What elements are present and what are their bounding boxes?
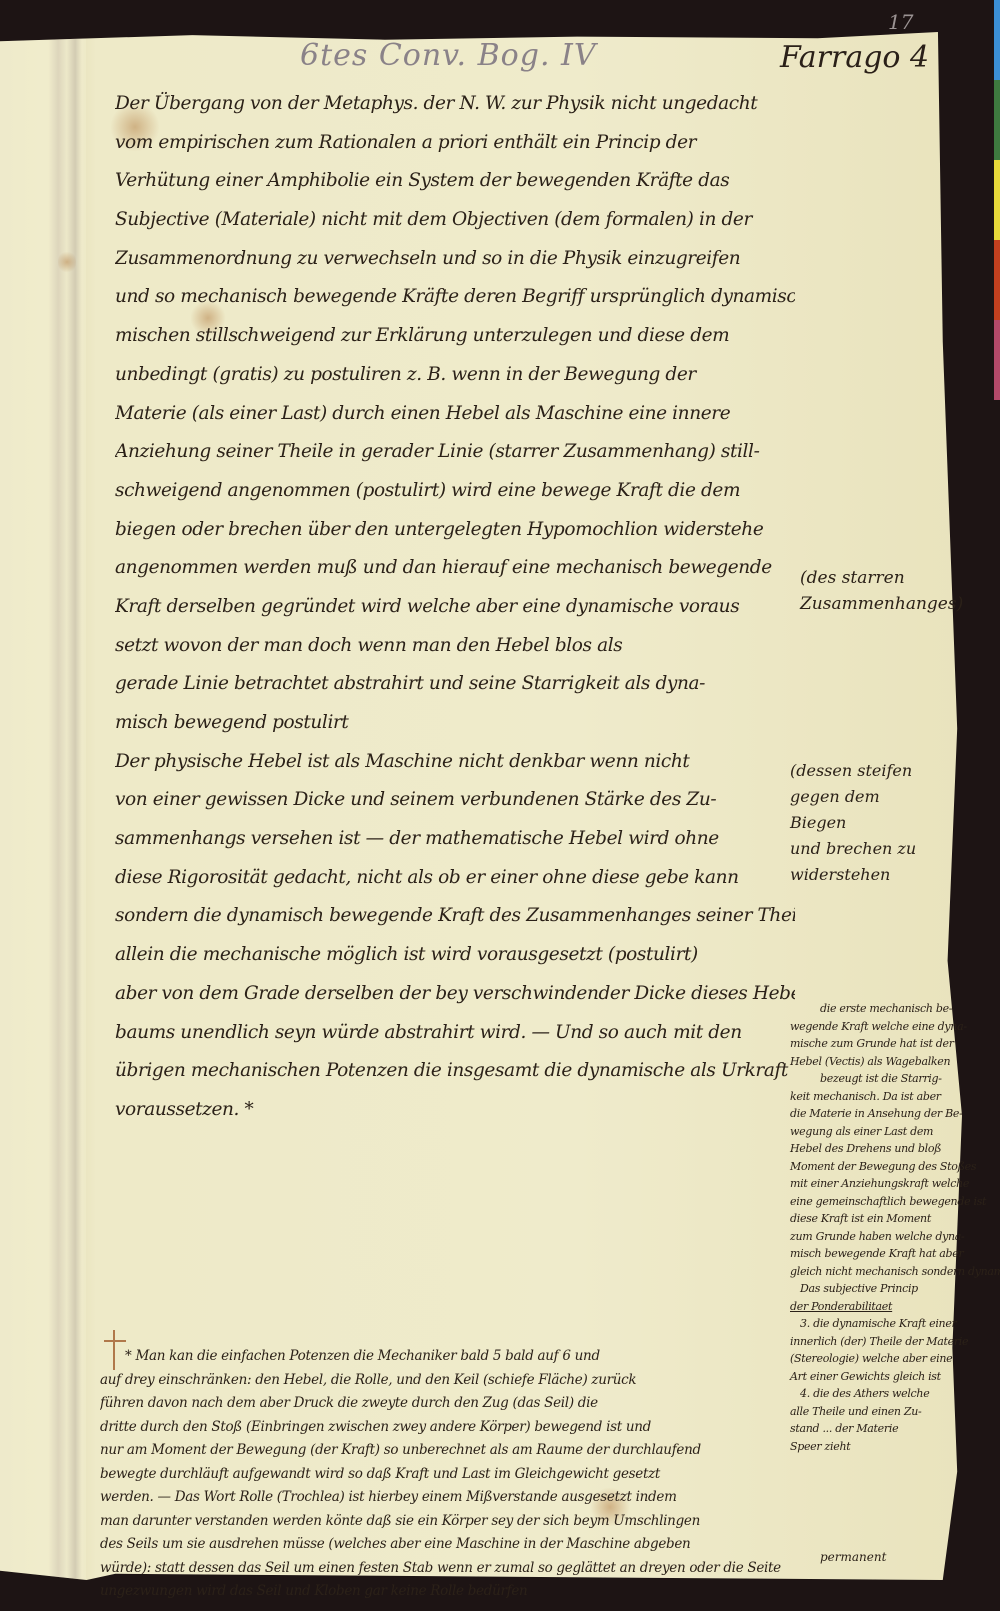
- footnote-line: * Man kan die einfachen Potenzen die Mec…: [100, 1345, 800, 1369]
- margin-note-line: Speer zieht: [790, 1438, 970, 1456]
- margin-note-line: (des starren: [800, 565, 950, 591]
- margin-note-line: innerlich (der) Theile der Materie: [790, 1333, 970, 1351]
- calib-red: [994, 240, 1000, 320]
- text-line: Zusammenordnung zu verwechseln und so in…: [115, 240, 795, 279]
- margin-note-line: mische zum Grunde hat ist der: [790, 1035, 970, 1053]
- text-line: Kraft derselben gegründet wird welche ab…: [115, 588, 795, 627]
- text-line: allein die mechanische möglich ist wird …: [115, 936, 795, 975]
- text-line: vom empirischen zum Rationalen a priori …: [115, 124, 795, 163]
- pencil-header: 6tes Conv. Bog. IV: [300, 38, 597, 73]
- calib-magenta: [994, 320, 1000, 400]
- margin-note-line: 4. die des Athers welche: [790, 1385, 970, 1403]
- margin-note-line: (Stereologie) welche aber eine: [790, 1350, 970, 1368]
- margin-note-2: (dessen steifen gegen dem Biegen und bre…: [790, 758, 940, 888]
- margin-note-line: Art einer Gewichts gleich ist: [790, 1368, 970, 1386]
- calib-yellow: [994, 160, 1000, 240]
- text-line: mischen stillschweigend zur Erklärung un…: [115, 317, 795, 356]
- text-line: Materie (als einer Last) durch einen Heb…: [115, 395, 795, 434]
- margin-note-line: mit einer Anziehungskraft welche: [790, 1175, 970, 1193]
- text-line: schweigend angenommen (postulirt) wird e…: [115, 472, 795, 511]
- footnote-line: dritte durch den Stoß (Einbringen zwisch…: [100, 1416, 800, 1440]
- folio-number: 17: [888, 10, 913, 34]
- margin-note-line: Hebel (Vectis) als Wagebalken: [790, 1053, 970, 1071]
- calib-green: [994, 80, 1000, 160]
- text-line: aber von dem Grade derselben der bey ver…: [115, 975, 795, 1014]
- text-line: Anziehung seiner Theile in gerader Linie…: [115, 433, 795, 472]
- footnote-line: werden. — Das Wort Rolle (Trochlea) ist …: [100, 1486, 800, 1510]
- margin-note-line: Das subjective Princip: [790, 1280, 970, 1298]
- margin-note-line: wegende Kraft welche eine dyna-: [790, 1018, 970, 1036]
- main-text-block: Der Übergang von der Metaphys. der N. W.…: [115, 85, 795, 1130]
- footnote-line: auf drey einschränken: den Hebel, die Ro…: [100, 1369, 800, 1393]
- text-line: sondern die dynamisch bewegende Kraft de…: [115, 897, 795, 936]
- footnote-line: des Seils um sie ausdrehen müsse (welche…: [100, 1533, 800, 1557]
- margin-note-line: der Ponderabilitaet: [790, 1298, 970, 1316]
- text-line: setzt wovon der man doch wenn man den He…: [115, 627, 795, 666]
- text-line: von einer gewissen Dicke und seinem verb…: [115, 781, 795, 820]
- text-line: biegen oder brechen über den untergelegt…: [115, 511, 795, 550]
- text-line: gerade Linie betrachtet abstrahirt und s…: [115, 665, 795, 704]
- footnote-line: ungezwungen wird das Seil und Kloben gar…: [100, 1580, 800, 1604]
- margin-note-line: 3. die dynamische Kraft einer: [790, 1315, 970, 1333]
- margin-note-line: Zusammenhanges): [800, 591, 950, 617]
- margin-note-line: gleich nicht mechanisch sondern dynamisc…: [790, 1263, 970, 1281]
- footnote-block: * Man kan die einfachen Potenzen die Mec…: [100, 1345, 800, 1604]
- footnote-line: bewegte durchläuft aufgewandt wird so da…: [100, 1463, 800, 1487]
- footnote-line: nur am Moment der Bewegung (der Kraft) s…: [100, 1439, 800, 1463]
- margin-note-line: keit mechanisch. Da ist aber: [790, 1088, 970, 1106]
- margin-note-line: eine gemeinschaftlich bewegende ist: [790, 1193, 970, 1211]
- text-line: angenommen werden muß und dan hierauf ei…: [115, 549, 795, 588]
- margin-note-line: und brechen zu: [790, 836, 940, 862]
- text-line: und so mechanisch bewegende Kräfte deren…: [115, 278, 795, 317]
- margin-note-line: zum Grunde haben welche dyna-: [790, 1228, 970, 1246]
- text-line: übrigen mechanischen Potenzen die insges…: [115, 1052, 795, 1091]
- text-line: diese Rigorosität gedacht, nicht als ob …: [115, 859, 795, 898]
- margin-note-line: die Materie in Ansehung der Be-: [790, 1105, 970, 1123]
- margin-note-line: die erste mechanisch be-: [790, 1000, 970, 1018]
- text-line: Der physische Hebel ist als Maschine nic…: [115, 743, 795, 782]
- text-line: sammenhangs versehen ist — der mathemati…: [115, 820, 795, 859]
- footnote-line: würde): statt dessen das Seil um einen f…: [100, 1557, 800, 1581]
- margin-note-line: diese Kraft ist ein Moment: [790, 1210, 970, 1228]
- margin-note-3: die erste mechanisch be- wegende Kraft w…: [790, 1000, 970, 1455]
- text-line: Subjective (Materiale) nicht mit dem Obj…: [115, 201, 795, 240]
- margin-note-line: stand ... der Materie: [790, 1420, 970, 1438]
- margin-note-line: bezeugt ist die Starrig-: [790, 1070, 970, 1088]
- stain-left: [58, 250, 76, 274]
- margin-note-bottom: permanent: [820, 1550, 886, 1564]
- text-line: unbedingt (gratis) zu postuliren z. B. w…: [115, 356, 795, 395]
- margin-note-line: widerstehen: [790, 862, 940, 888]
- margin-note-line: Hebel des Drehens und bloß: [790, 1140, 970, 1158]
- margin-note-line: misch bewegende Kraft hat aber: [790, 1245, 970, 1263]
- text-line: voraussetzen. *: [115, 1091, 795, 1130]
- footnote-line: man darunter verstanden werden könte daß…: [100, 1510, 800, 1534]
- text-line: baums unendlich seyn würde abstrahirt wi…: [115, 1014, 795, 1053]
- margin-note-line: (dessen steifen: [790, 758, 940, 784]
- footnote-line: führen davon nach dem aber Druck die zwe…: [100, 1392, 800, 1416]
- margin-note-line: wegung als einer Last dem: [790, 1123, 970, 1141]
- margin-note-line: alle Theile und einen Zu-: [790, 1403, 970, 1421]
- text-line: Der Übergang von der Metaphys. der N. W.…: [115, 85, 795, 124]
- ink-header: Farrago 4: [780, 40, 929, 75]
- text-line: misch bewegend postulirt: [115, 704, 795, 743]
- margin-note-line: gegen dem Biegen: [790, 784, 940, 836]
- calib-blue: [994, 0, 1000, 80]
- margin-note-line: Moment der Bewegung des Stoßes: [790, 1158, 970, 1176]
- text-line: Verhütung einer Amphibolie ein System de…: [115, 162, 795, 201]
- color-calibration-strip: [994, 0, 1000, 400]
- margin-note-1: (des starren Zusammenhanges): [800, 565, 950, 617]
